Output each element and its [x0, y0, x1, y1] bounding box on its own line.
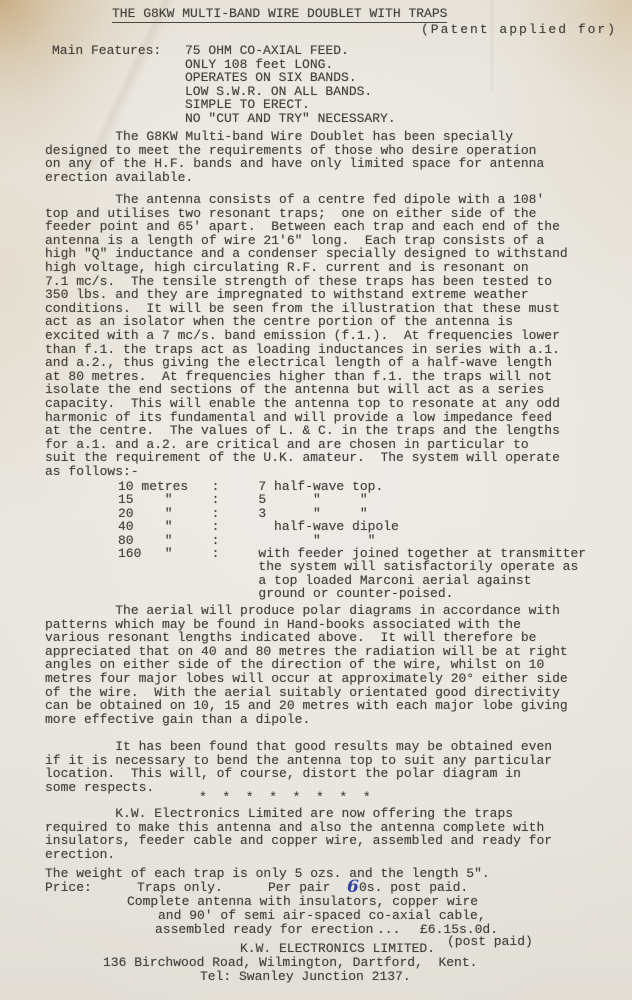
asterisk-separator: * * * * * * * *: [199, 791, 371, 805]
band-operation-table: 10 metres : 7 half-wave top. 15 " : 5 " …: [118, 480, 586, 601]
trap-weight-line: The weight of each trap is only 5 ozs. a…: [45, 867, 490, 881]
intro-paragraph: The G8KW Multi-band Wire Doublet has bee…: [45, 130, 544, 184]
price-label: Price:: [45, 881, 92, 895]
bend-antenna-paragraph: It has been found that good results may …: [45, 740, 552, 794]
price-dots: ...: [377, 923, 400, 937]
price-traps-only: Traps only.: [137, 881, 223, 895]
polar-diagram-paragraph: The aerial will produce polar diagrams i…: [45, 604, 568, 726]
price-amount: 0s. post paid.: [359, 881, 468, 895]
company-name: K.W. ELECTRONICS LIMITED.: [240, 942, 435, 956]
complete-antenna-line-1: Complete antenna with insulators, copper…: [127, 895, 478, 909]
patent-note: (Patent applied for): [421, 23, 617, 37]
price-handwritten-digit: 6: [347, 881, 359, 895]
offer-paragraph: K.W. Electronics Limited are now offerin…: [45, 807, 552, 861]
company-telephone: Tel: Swanley Junction 2137.: [200, 970, 411, 984]
paper-crease-top: [480, 0, 504, 90]
assembled-price-row: assembled ready for erection ... £6.15s.…: [0, 923, 632, 939]
page-title: THE G8KW MULTI-BAND WIRE DOUBLET WITH TR…: [112, 7, 447, 23]
main-features-list: 75 OHM CO-AXIAL FEED. ONLY 108 feet LONG…: [185, 44, 396, 125]
company-address: 136 Birchwood Road, Wilmington, Dartford…: [103, 956, 477, 970]
main-features-label: Main Features:: [52, 44, 161, 58]
antenna-description-paragraph: The antenna consists of a centre fed dip…: [45, 193, 568, 478]
complete-antenna-line-2: and 90' of semi air-spaced co-axial cabl…: [158, 909, 486, 923]
price-per-pair: Per pair: [268, 881, 330, 895]
complete-antenna-line-3: assembled ready for erection: [155, 923, 373, 937]
post-paid-note: (post paid): [447, 935, 533, 949]
